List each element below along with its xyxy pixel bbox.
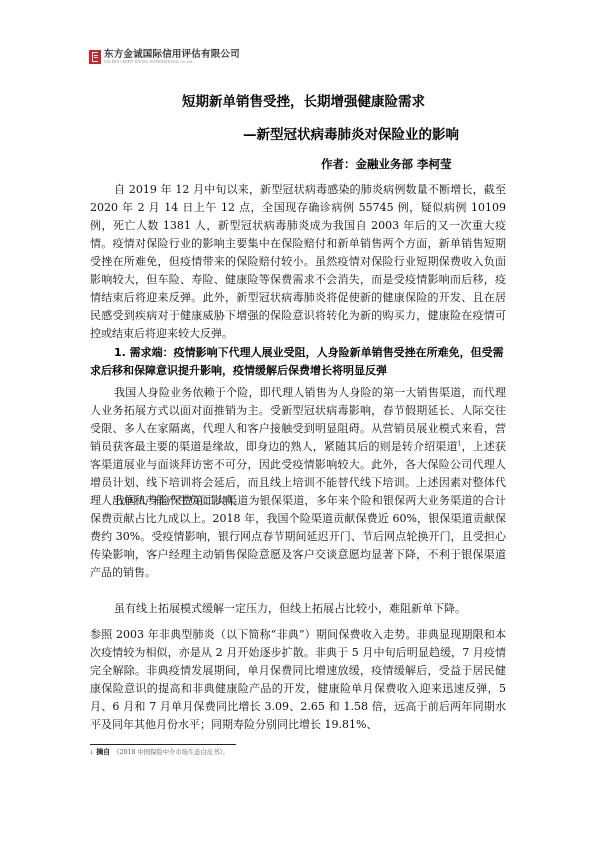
author-line: 作者：金融业务部 李柯莹 xyxy=(321,156,452,172)
company-name-cn: 东方金诚国际信用评估有限公司 xyxy=(104,50,240,60)
online-expansion-paragraph: 虽有线上拓展模式缓解一定压力，但线上拓展占比较小，难阻新单下降。 xyxy=(90,600,506,618)
document-title: 短期新单销售受挫，长期增强健康险需求 xyxy=(0,90,595,110)
company-name: 东方金诚国际信用评估有限公司 GOLDEN CREDIT RATING INTE… xyxy=(104,50,240,64)
company-name-en: GOLDEN CREDIT RATING INTERNATIONAL Co.,L… xyxy=(104,61,240,65)
footnote-lead: 摘自 xyxy=(96,747,110,757)
footnote-source: 《2018 中国保险中介市场生态白皮书》。 xyxy=(113,747,229,756)
document-subtitle: —新型冠状病毒肺炎对保险业的影响 xyxy=(243,123,459,143)
agent-channel-text-1: 我国人身险业务依赖于个险，即代理人销售为人身险的第一大销售渠道，而代理人业务拓展… xyxy=(90,386,506,453)
intro-paragraph: 自 2019 年 12 月中旬以来，新型冠状病毒感染的肺炎病例数量不断增长，截至… xyxy=(90,181,506,343)
footnote-number: 1 xyxy=(90,750,93,756)
bank-channel-paragraph: 我国人身险保费第二大渠道为银保渠道，多年来个险和银保两大业务渠道的合计保费贡献占… xyxy=(90,492,506,582)
company-logo: 东方金诚国际信用评估有限公司 GOLDEN CREDIT RATING INTE… xyxy=(89,50,240,64)
footnote: 1 摘自 《2018 中国保险中介市场生态白皮书》。 xyxy=(90,747,229,757)
footnote-divider xyxy=(90,744,236,745)
company-logo-icon xyxy=(89,50,101,64)
section-heading-1: 1. 需求端：疫情影响下代理人展业受阻，人身险新单销售受挫在所难免，但受需求后移… xyxy=(90,344,510,380)
sars-comparison-paragraph: 参照 2003 年非典型肺炎（以下简称“非典”）期间保费收入走势。非典显现期限和… xyxy=(90,626,506,734)
